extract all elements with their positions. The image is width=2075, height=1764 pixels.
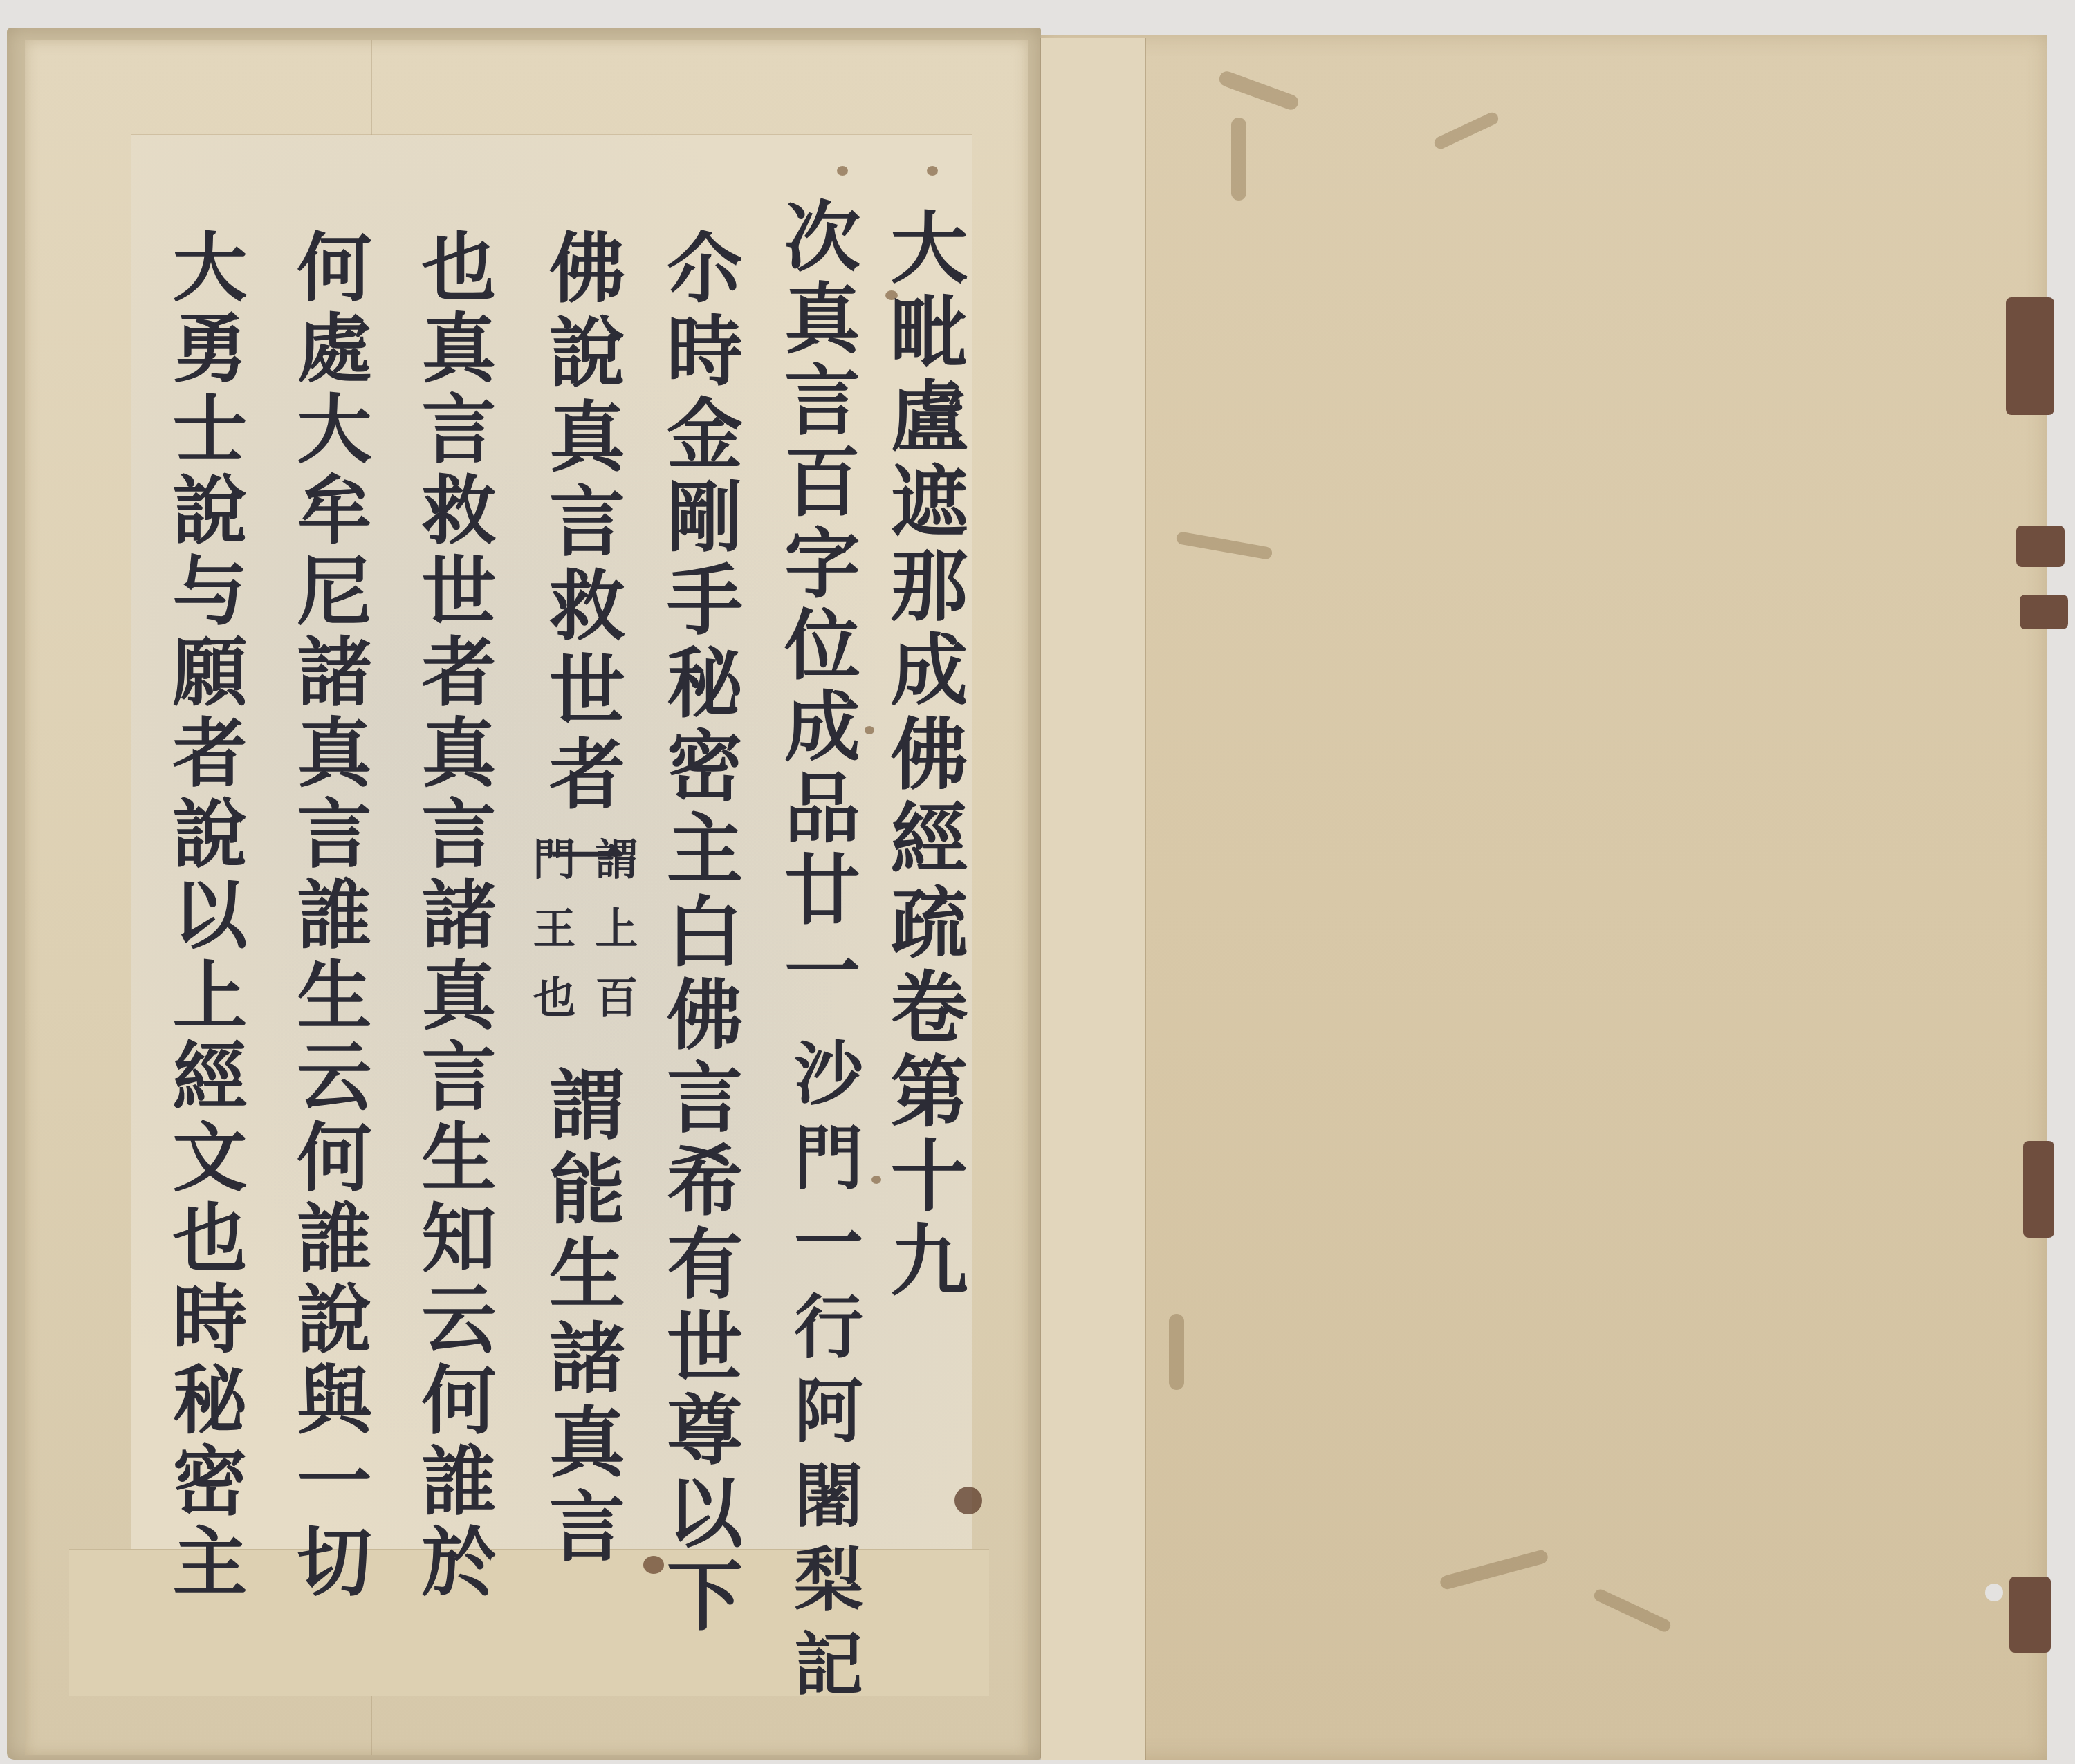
right-page bbox=[1041, 35, 2047, 1760]
chapter-column: 次真言百字位成品廿一 bbox=[778, 197, 854, 1013]
interlinear-note-right: 謂上百 bbox=[591, 837, 634, 1044]
title-column: 大毗盧遮那成佛經疏卷第十九 bbox=[884, 207, 961, 1304]
wormhole bbox=[865, 726, 874, 734]
text-column-7: 大勇士說与願者說以上經文也時秘密主 bbox=[166, 228, 241, 1604]
wormhole bbox=[954, 1487, 982, 1514]
hole bbox=[1985, 1584, 2003, 1601]
book-spread: 大毗盧遮那成佛經疏卷第十九 次真言百字位成品廿一 沙門一行阿闍梨記 尒時金剛手秘… bbox=[0, 0, 2075, 1764]
interlinear-note-left: 門王也 bbox=[529, 837, 572, 1044]
text-column-6: 何處大牟尼諸真言誰生云何誰說與一切 bbox=[290, 228, 365, 1604]
worm-trail bbox=[1169, 1314, 1184, 1390]
worm-trail bbox=[1231, 118, 1246, 201]
wormhole bbox=[837, 166, 848, 176]
author-column: 沙門一行阿闍梨記 bbox=[788, 1037, 858, 1712]
edge-damage bbox=[2023, 1141, 2054, 1238]
edge-damage bbox=[2006, 297, 2054, 415]
text-column-4b: 謂能生諸真言 bbox=[543, 1065, 619, 1571]
gutter-strip bbox=[1041, 38, 1145, 1760]
text-column-4a: 佛說真言救世者一 bbox=[543, 228, 619, 903]
edge-damage bbox=[2009, 1577, 2051, 1653]
text-column-3: 尒時金剛手秘密主白佛言希有世尊以下 bbox=[661, 228, 737, 1639]
edge-damage bbox=[2016, 526, 2065, 567]
wormhole bbox=[927, 166, 938, 176]
text-column-5: 也真言救世者真言諸真言生知云何誰於 bbox=[415, 228, 490, 1604]
edge-damage bbox=[2020, 595, 2068, 629]
